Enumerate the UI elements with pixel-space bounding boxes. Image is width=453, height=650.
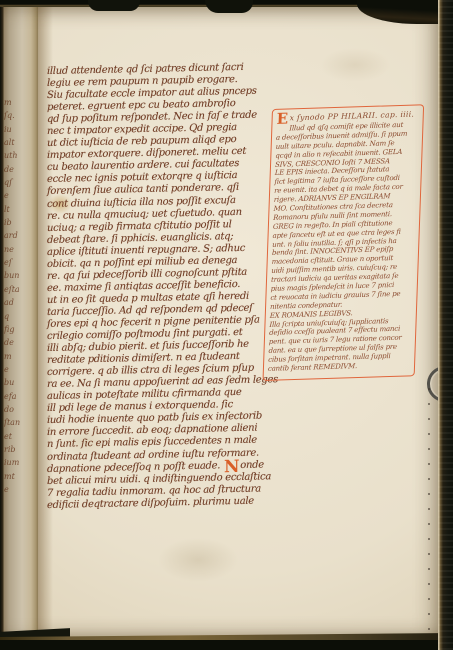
gloss-text-lines: Illud qd qſq comiſit epe illicite auta d… xyxy=(268,120,423,374)
gutter-fragment: eſta xyxy=(4,283,28,296)
gutter-fragment: mt xyxy=(4,470,28,483)
pricking-dots xyxy=(428,388,430,636)
gutter-fragment: ard xyxy=(4,229,28,242)
book-edge-left xyxy=(0,0,4,650)
gutter-fragment: m xyxy=(4,350,28,363)
gutter-fragment: ſtan xyxy=(4,416,28,429)
main-text-block: illud attendente qd ſci patres dicunt ſa… xyxy=(47,61,283,512)
gutter-fragment: m xyxy=(4,96,28,109)
gloss-box: Ex ſynodo PP HILARII. cap. iiii. Illud q… xyxy=(263,104,425,381)
gutter-fragment: do xyxy=(4,403,28,416)
gutter-fragment: bun xyxy=(4,269,28,282)
book-edge-top-layer xyxy=(205,0,253,13)
gutter-fragment: rib xyxy=(4,443,28,456)
gutter-fragment: ad xyxy=(4,296,28,309)
gutter-fragment: efa xyxy=(4,390,28,403)
gutter-fragment: ium xyxy=(4,456,28,469)
book-edge-bottom xyxy=(0,640,453,650)
gutter-fragment: de xyxy=(4,163,28,176)
manuscript-photo: mſq.iualtuthdeqſeltibardneeſbuneſtaadqfi… xyxy=(0,0,453,650)
gutter-fragment: e xyxy=(4,483,28,496)
gutter-fragment: ib xyxy=(4,216,28,229)
gutter-fragment: de xyxy=(4,336,28,349)
gutter-fragment: ſq. xyxy=(4,109,28,122)
gutter-fragment: et xyxy=(4,430,28,443)
gutter-fragment: eſ xyxy=(4,256,28,269)
gutter-fragment: ne xyxy=(4,243,28,256)
book-edge-top-layer xyxy=(88,0,140,11)
gutter-fragment: lt xyxy=(4,203,28,216)
gutter-text-fragments: mſq.iualtuthdeqſeltibardneeſbuneſtaadqfi… xyxy=(4,96,28,496)
gutter-fragment: alt xyxy=(4,136,28,149)
rubricated-initial-e: E xyxy=(276,112,289,125)
gutter-fragment: iu xyxy=(4,123,28,136)
book-fore-edge xyxy=(438,0,453,650)
text-run: onde xyxy=(240,459,264,470)
gutter-fragment: qſ xyxy=(4,176,28,189)
gutter-fragment: uth xyxy=(4,149,28,162)
gutter-fragment: fig xyxy=(4,323,28,336)
gutter-fragment: q xyxy=(4,310,28,323)
gutter-fragment: bu xyxy=(4,376,28,389)
gutter-fragment: e xyxy=(4,363,28,376)
gutter-fragment: e xyxy=(4,189,28,202)
